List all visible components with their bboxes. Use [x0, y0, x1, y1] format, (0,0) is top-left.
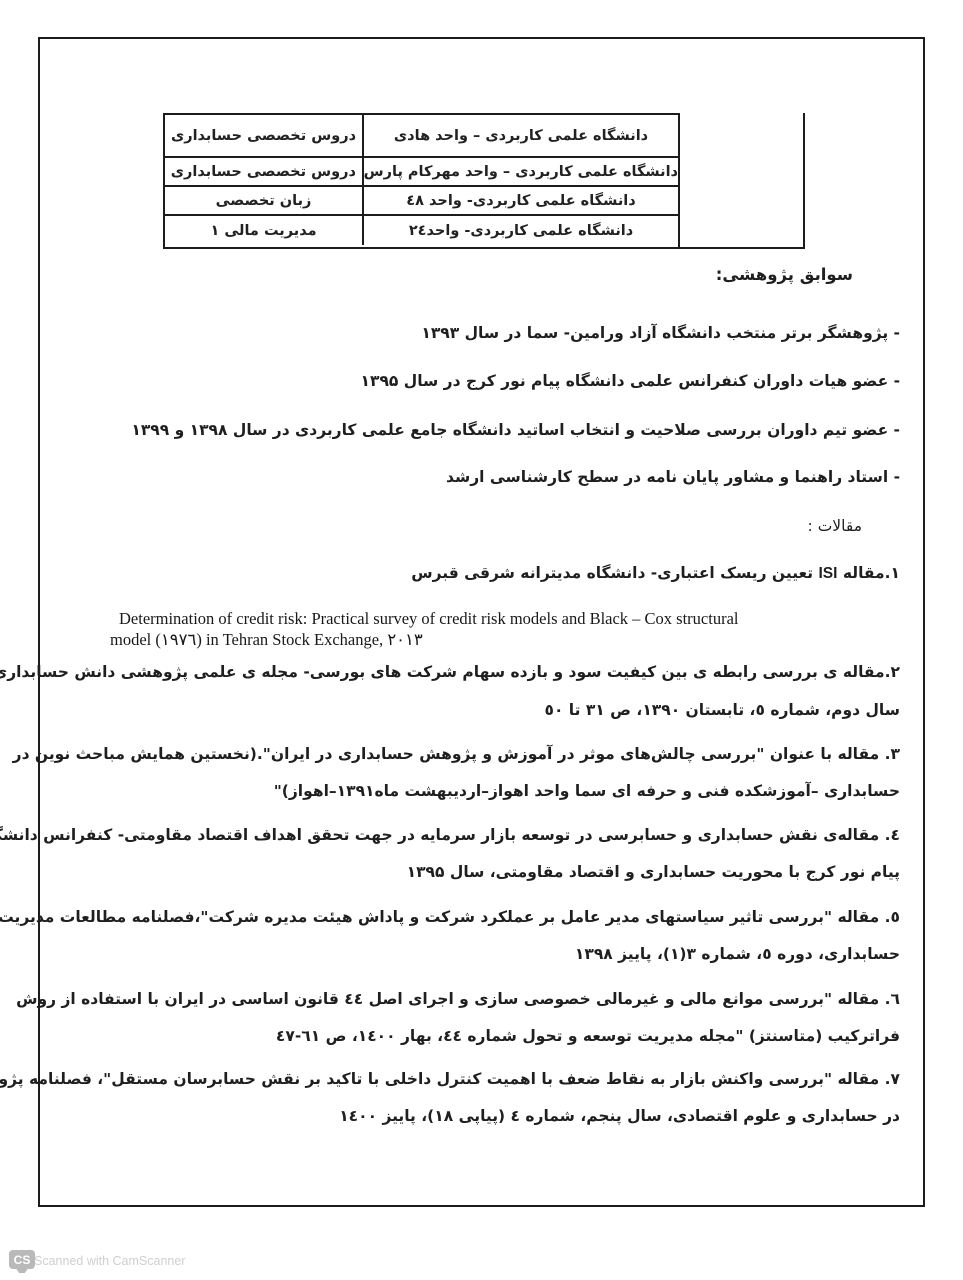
table-row: دروس تخصصی حسابداری دانشگاه علمی کاربردی…: [165, 158, 678, 187]
article-item-3-line: ۳. مقاله با عنوان "بررسی چالش‌های موثر د…: [13, 741, 900, 767]
article-item-7-line: ۷. مقاله "بررسی واکنش بازار به نقاط ضعف …: [0, 1066, 900, 1092]
article-item-7-line: در حسابداری و علوم اقتصادی، سال پنجم، شم…: [339, 1103, 900, 1129]
english-article-line: Determination of credit risk: Practical …: [119, 608, 739, 629]
research-heading: سوابق پژوهشی:: [716, 262, 853, 288]
article-item-5-line: حسابداری، دوره ٥، شماره ۳(۱)، پاییز ۱۳۹۸: [575, 941, 900, 967]
scanned-page: دروس تخصصی حسابداری دانشگاه علمی کاربردی…: [0, 0, 963, 1280]
camscanner-logo-icon: CS: [9, 1250, 35, 1269]
cell-university: دانشگاه علمی کاربردی – واحد مهرکام پارس: [364, 158, 678, 185]
article-1-prefix: ۱.مقاله: [837, 564, 900, 582]
research-item: - عضو هیات داوران کنفرانس علمی دانشگاه پ…: [361, 368, 900, 394]
table-row: زبان تخصصی دانشگاه علمی کاربردی- واحد ٤٨: [165, 187, 678, 216]
cell-course: دروس تخصصی حسابداری: [165, 158, 364, 185]
table-empty-column: [678, 113, 805, 249]
cell-university: دانشگاه علمی کاربردی- واحد٢٤: [364, 216, 678, 245]
teaching-table-grid: دروس تخصصی حسابداری دانشگاه علمی کاربردی…: [163, 113, 680, 249]
cell-university: دانشگاه علمی کاربردی – واحد هادی: [364, 115, 678, 156]
articles-heading: مقالات :: [808, 513, 862, 539]
cell-course: دروس تخصصی حسابداری: [165, 115, 364, 156]
article-1-isi-label: ISI: [819, 565, 838, 582]
camscanner-logo-tab: [15, 1269, 29, 1273]
cell-course: مدیریت مالی ۱: [165, 216, 364, 245]
cell-course: زبان تخصصی: [165, 187, 364, 214]
article-item-3-line: حسابداری –آموزشکده فنی و حرفه ای سما واح…: [274, 778, 900, 804]
table-row: دروس تخصصی حسابداری دانشگاه علمی کاربردی…: [165, 115, 678, 158]
table-row: مدیریت مالی ۱ دانشگاه علمی کاربردی- واحد…: [165, 216, 678, 245]
english-article-line: model (١٩٧٦) in Tehran Stock Exchange, ٢…: [110, 629, 423, 650]
article-1-rest: تعیین ریسک اعتباری- دانشگاه مدیترانه شرق…: [411, 564, 818, 582]
article-item-4-line: پیام نور کرج با محوریت حسابداری و اقتصاد…: [407, 859, 900, 885]
camscanner-watermark-text: Scanned with CamScanner: [34, 1254, 185, 1268]
research-item: - پژوهشگر برتر منتخب دانشگاه آزاد ورامین…: [421, 320, 900, 346]
research-item: - استاد راهنما و مشاور پایان نامه در سطح…: [446, 464, 900, 490]
article-item-1: ۱.مقاله ISI تعیین ریسک اعتباری- دانشگاه …: [411, 560, 900, 587]
article-item-2-line: سال دوم، شماره ٥، تابستان ۱۳۹۰، ص ۳۱ تا …: [544, 697, 900, 723]
cell-university: دانشگاه علمی کاربردی- واحد ٤٨: [364, 187, 678, 214]
article-item-5-line: ٥. مقاله "بررسی تاثیر سیاستهای مدیر عامل…: [0, 904, 900, 930]
article-item-2-line: ۲.مقاله ی بررسی رابطه ی بین کیفیت سود و …: [0, 659, 900, 685]
teaching-table: دروس تخصصی حسابداری دانشگاه علمی کاربردی…: [163, 113, 805, 249]
article-item-6-line: ٦. مقاله "بررسی موانع مالی و غیرمالی خصو…: [16, 986, 900, 1012]
article-item-4-line: ٤. مقاله‌ی نقش حسابداری و حسابرسی در توس…: [0, 822, 900, 848]
research-item: - عضو تیم داوران بررسی صلاحیت و انتخاب ا…: [131, 417, 900, 443]
article-item-6-line: فراترکیب (متاسنتز) "مجله مدیریت توسعه و …: [276, 1023, 900, 1049]
